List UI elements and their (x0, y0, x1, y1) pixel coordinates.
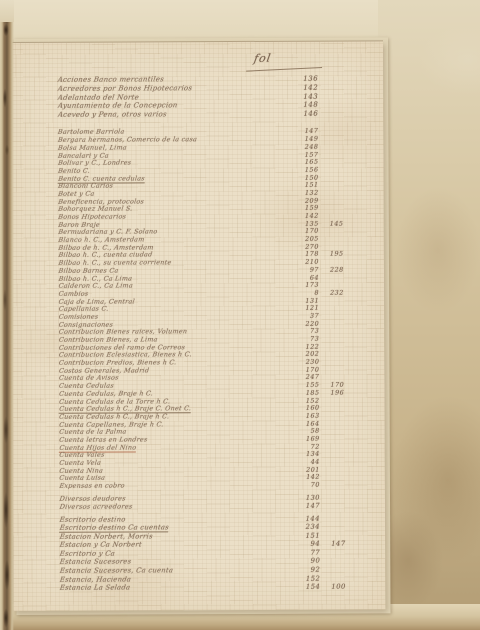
folio-number: 148 (268, 101, 318, 109)
ledger-row: Expensas en cobro70 (59, 481, 375, 490)
entry-name: Estacion Norbert, Morris (59, 532, 153, 540)
entry-name: Diversos acreedores (59, 502, 133, 510)
folio-number: 94 (270, 540, 320, 548)
background-cover-right (378, 0, 480, 630)
entry-name: Ayuntamiento de la Concepcion (57, 102, 178, 111)
folio-number: 92 (270, 566, 320, 574)
scanned-ledger-photo: fol Acciones Banco mercantiles136Acreedo… (0, 0, 480, 630)
entry-name: Estancia La Selada (59, 584, 130, 592)
entry-name: Expensas en cobro (59, 482, 125, 490)
entry-name: Estancia Sucesores, Ca cuenta (59, 566, 173, 574)
folio-number: 154 (270, 583, 320, 591)
folio-number: 70 (270, 481, 320, 489)
entry-name: Acciones Banco mercantiles (57, 75, 164, 83)
folio-number: 146 (268, 110, 318, 118)
folio-number: 234 (270, 523, 320, 531)
ledger-rows: Acciones Banco mercantiles136Acreedores … (57, 74, 375, 592)
entry-name: Diversos deudores (59, 494, 126, 502)
ledger-row: Estancia La Selada154100 (59, 582, 375, 592)
spine-top-highlight (0, 0, 14, 22)
folio-header-underline (246, 67, 322, 72)
ledger-section-d: Diversos deudores130Diversos acreedores1… (59, 493, 375, 511)
folio-number: 77 (270, 549, 320, 557)
ledger-row: Diversos acreedores147 (59, 501, 375, 511)
folio-number-secondary: 100 (331, 582, 377, 590)
folio-number: 136 (268, 75, 318, 83)
entry-name: Adelantado del Norte (57, 93, 139, 101)
ledger-section-a: Acciones Banco mercantiles136Acreedores … (57, 74, 373, 119)
ledger-section-c: Calderon C., Ca Lima173Cambios8232Caja d… (58, 281, 375, 490)
folio-number-secondary: 147 (331, 540, 377, 548)
folio-number: 152 (270, 574, 320, 582)
entry-name: Estancia Sucesores (59, 558, 132, 566)
entry-name: Acreedores por Bonos Hipotecarios (57, 84, 193, 93)
folio-number: 151 (270, 531, 320, 539)
entry-name: Estancia, Hacienda (59, 575, 131, 583)
folio-number: 147 (270, 502, 320, 510)
entry-name: Acevedo y Pena, otros varios (57, 111, 167, 119)
ledger-section-e: Escritorio destino144Escritorio destino … (59, 514, 375, 592)
book-spine-edge (0, 0, 14, 630)
entry-name: Escritorio destino (59, 515, 126, 523)
folio-number: 144 (270, 514, 320, 522)
entry-name: Estacion y Ca Norbert (59, 541, 142, 549)
folio-column-header: fol (253, 52, 273, 66)
folio-number: 130 (270, 493, 320, 501)
entry-name: Escritorio y Ca (59, 549, 115, 557)
ledger-page: fol Acciones Banco mercantiles136Acreedo… (11, 41, 385, 611)
folio-number: 90 (270, 557, 320, 565)
ledger-row: Acevedo y Pena, otros varios146 (57, 110, 373, 120)
folio-number: 142 (268, 83, 318, 91)
ledger-section-b: Bartolome Barriola147Bergara hermanos, C… (57, 127, 374, 282)
folio-number: 143 (268, 92, 318, 100)
